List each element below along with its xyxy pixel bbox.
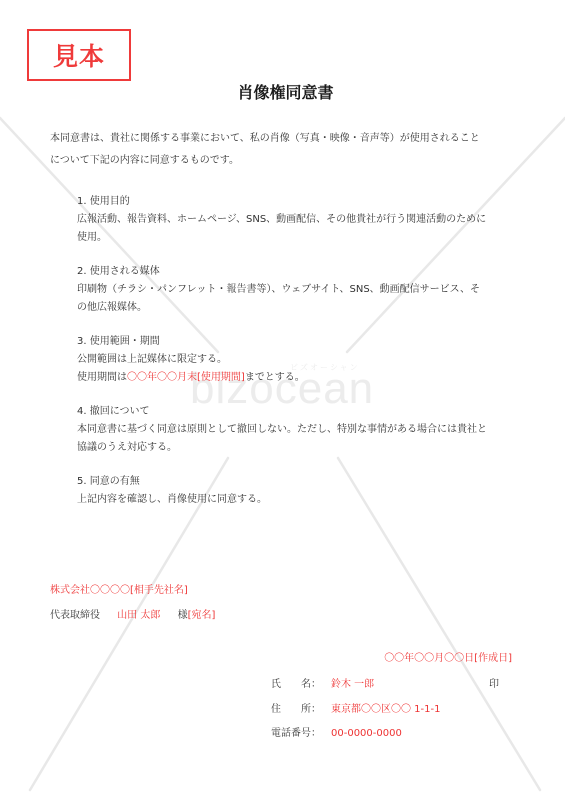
section-heading: 2. 使用される媒体 (77, 266, 480, 278)
section-line: 広報活動、報告資料、ホームページ、SNS、動画配信、その他貴社が行う関連活動のた… (77, 214, 486, 226)
section-media: 2. 使用される媒体 印刷物（チラシ・パンフレット・報告書等）、ウェブサイト、S… (77, 266, 480, 314)
recipient-honorific: 様 (178, 610, 188, 621)
intro-line: 本同意書は、貴社に関係する事業において、私の肖像（写真・映像・音声等）が使用され… (50, 133, 480, 145)
name-value[interactable]: 鈴木 一郎 (331, 679, 374, 690)
document-page: 見本 肖像権同意書 本同意書は、貴社に関係する事業において、私の肖像（写真・映像… (0, 0, 565, 800)
section-heading: 3. 使用範囲・期間 (77, 336, 305, 348)
section-line: 公開範囲は上記媒体に限定する。 (77, 354, 305, 366)
intro-paragraph: 本同意書は、貴社に関係する事業において、私の肖像（写真・映像・音声等）が使用され… (50, 133, 480, 167)
signer-phone-row: 電話番号：00-0000-0000 (271, 728, 402, 740)
address-label: 住 所： (271, 704, 331, 716)
intro-line: について下記の内容に同意するものです。 (50, 155, 480, 167)
recipient-company[interactable]: 株式会社〇〇〇〇[相手先社名] (50, 585, 188, 597)
sample-stamp-label: 見本 (53, 37, 105, 73)
recipient-role: 代表取締役 (50, 610, 100, 621)
section-consent: 5. 同意の有無 上記内容を確認し、肖像使用に同意する。 (77, 476, 267, 506)
section-line: 本同意書に基づく同意は原則として撤回しない。ただし、特別な事情がある場合には貴社… (77, 424, 487, 436)
created-date[interactable]: 〇〇年〇〇月〇〇日[作成日] (384, 653, 512, 665)
section-line: 印刷物（チラシ・パンフレット・報告書等）、ウェブサイト、SNS、動画配信サービス… (77, 284, 480, 296)
section-scope-period: 3. 使用範囲・期間 公開範囲は上記媒体に限定する。 使用期間は〇〇年〇〇月末[… (77, 336, 305, 384)
section-line: の他広報媒体。 (77, 302, 480, 314)
recipient-line: 代表取締役 山田 太郎 様[宛名] (50, 610, 215, 622)
period-value[interactable]: 〇〇年〇〇月末[使用期間] (127, 372, 245, 383)
sample-stamp: 見本 (27, 29, 131, 81)
recipient-placeholder[interactable]: [宛名] (188, 610, 216, 621)
recipient-name[interactable]: 山田 太郎 (117, 610, 160, 621)
signer-address-row: 住 所：東京都〇〇区〇〇 1-1-1 (271, 704, 440, 716)
address-value[interactable]: 東京都〇〇区〇〇 1-1-1 (331, 704, 440, 715)
section-line: 使用。 (77, 232, 486, 244)
seal-mark: 印 (489, 679, 499, 691)
section-heading: 1. 使用目的 (77, 196, 486, 208)
phone-label: 電話番号： (271, 728, 331, 740)
period-line: 使用期間は〇〇年〇〇月末[使用期間]までとする。 (77, 372, 305, 384)
section-purpose: 1. 使用目的 広報活動、報告資料、ホームページ、SNS、動画配信、その他貴社が… (77, 196, 486, 244)
phone-value[interactable]: 00-0000-0000 (331, 728, 402, 739)
section-line: 上記内容を確認し、肖像使用に同意する。 (77, 494, 267, 506)
section-line: 協議のうえ対応する。 (77, 442, 487, 454)
section-heading: 5. 同意の有無 (77, 476, 267, 488)
name-label: 氏 名： (271, 679, 331, 691)
section-withdrawal: 4. 撤回について 本同意書に基づく同意は原則として撤回しない。ただし、特別な事… (77, 406, 487, 454)
document-title: 肖像権同意書 (0, 80, 565, 103)
section-heading: 4. 撤回について (77, 406, 487, 418)
signer-name-row: 氏 名：鈴木 一郎 (271, 679, 374, 691)
